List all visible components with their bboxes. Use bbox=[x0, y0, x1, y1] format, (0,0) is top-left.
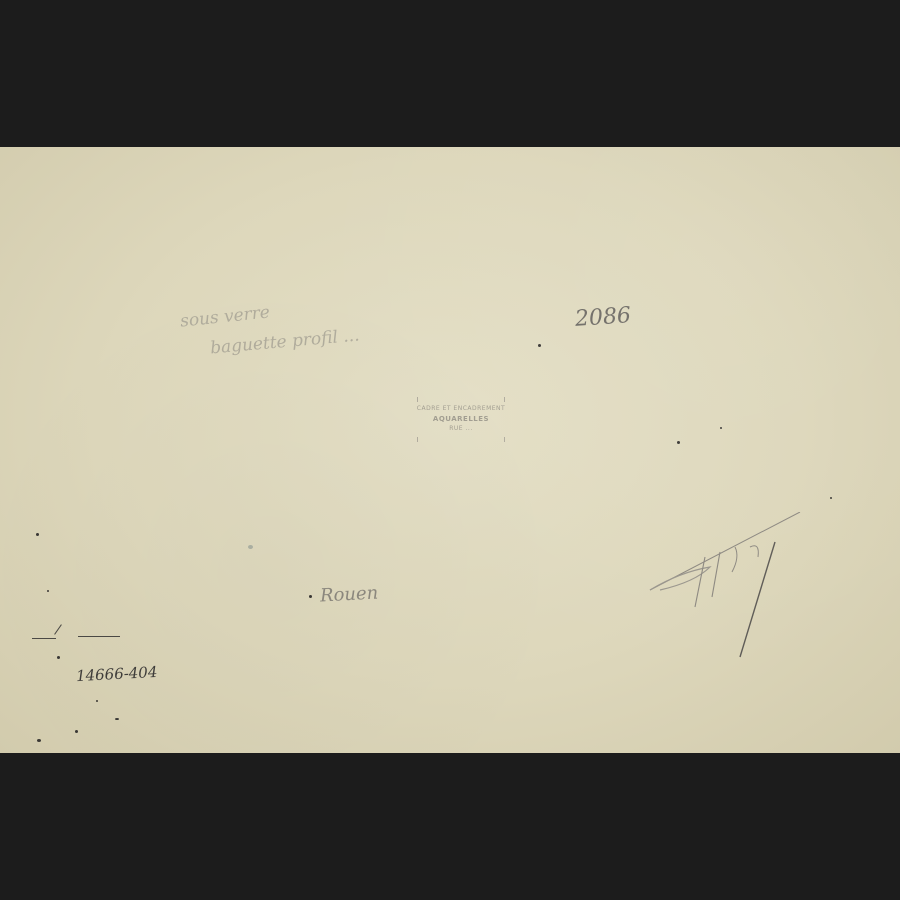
paper-verso: sous verre baguette profil ... 2086 CADR… bbox=[0, 147, 900, 753]
paper-specks bbox=[0, 147, 900, 753]
